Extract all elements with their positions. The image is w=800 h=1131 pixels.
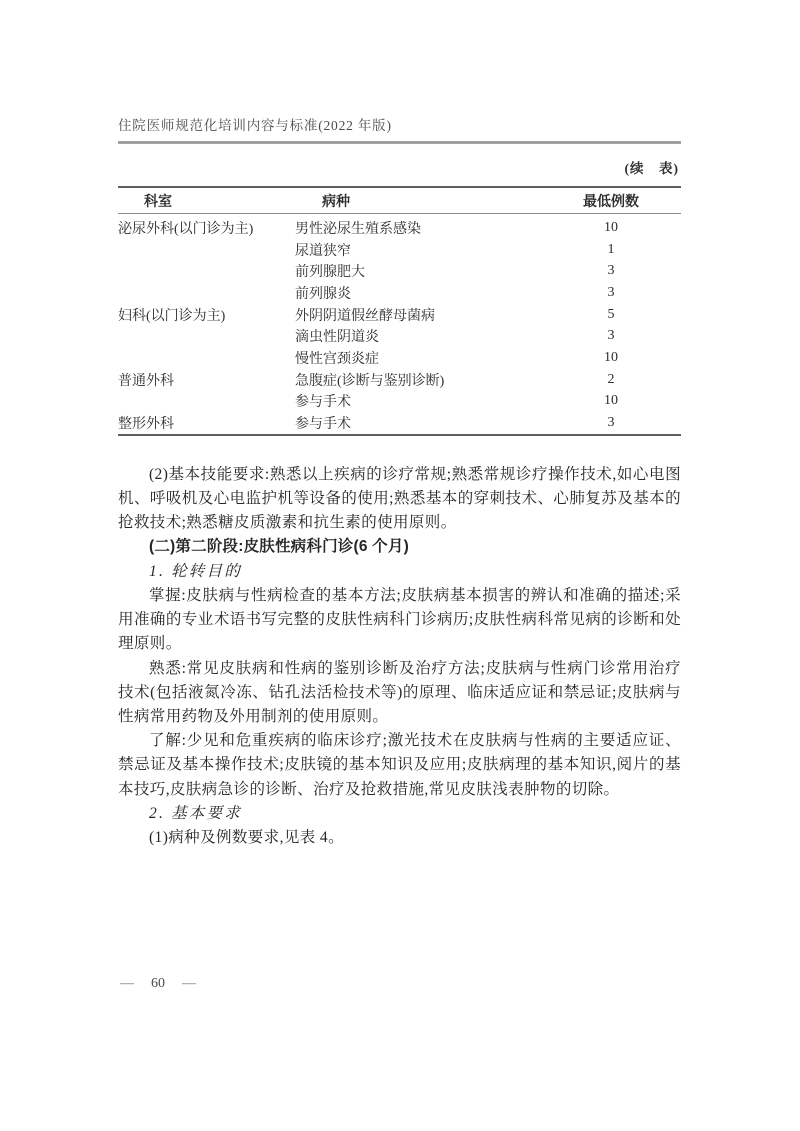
- cell-department: [118, 391, 295, 413]
- subheading-rotation-purpose: 1. 轮转目的: [118, 560, 681, 584]
- table-row: 妇科(以门诊为主) 外阴阴道假丝酵母菌病 5: [118, 304, 681, 326]
- cell-disease: 男性泌尿生殖系感染: [295, 214, 541, 239]
- cell-department: [118, 347, 295, 369]
- cell-min-cases: 3: [541, 325, 681, 347]
- page-footer: — 60 —: [120, 976, 196, 992]
- cell-department: [118, 260, 295, 282]
- cell-department: 普通外科: [118, 369, 295, 391]
- cell-department: 整形外科: [118, 412, 295, 435]
- table-row: 滴虫性阴道炎 3: [118, 325, 681, 347]
- min-cases-table: 科室 病种 最低例数 泌尿外科(以门诊为主) 男性泌尿生殖系感染 10 尿道狭窄…: [118, 186, 681, 436]
- page-content: 住院医师规范化培训内容与标准(2022 年版) (续 表) 科室 病种 最低例数…: [118, 0, 681, 850]
- paragraph-understand: 了解:少见和危重疾病的临床诊疗;激光技术在皮肤病与性病的主要适应证、禁忌证及基本…: [118, 729, 681, 802]
- cell-min-cases: 5: [541, 304, 681, 326]
- paragraph-master: 掌握:皮肤病与性病检查的基本方法;皮肤病基本损害的辨认和准确的描述;采用准确的专…: [118, 584, 681, 657]
- cell-min-cases: 10: [541, 347, 681, 369]
- col-header-disease: 病种: [295, 187, 541, 214]
- cell-min-cases: 3: [541, 282, 681, 304]
- cell-department: 泌尿外科(以门诊为主): [118, 214, 295, 239]
- table-row: 泌尿外科(以门诊为主) 男性泌尿生殖系感染 10: [118, 214, 681, 239]
- heading-stage2-derm-std-outpatient: (二)第二阶段:皮肤性病科门诊(6 个月): [118, 535, 681, 559]
- cell-min-cases: 3: [541, 260, 681, 282]
- cell-disease: 前列腺肥大: [295, 260, 541, 282]
- paragraph-familiar: 熟悉:常见皮肤病和性病的鉴别诊断及治疗方法;皮肤病与性病门诊常用治疗技术(包括液…: [118, 657, 681, 730]
- cell-disease: 尿道狭窄: [295, 239, 541, 261]
- table-row: 慢性宫颈炎症 10: [118, 347, 681, 369]
- subheading-basic-requirements: 2. 基本要求: [118, 802, 681, 826]
- table-row: 尿道狭窄 1: [118, 239, 681, 261]
- table-row: 整形外科 参与手术 3: [118, 412, 681, 435]
- cell-disease: 急腹症(诊断与鉴别诊断): [295, 369, 541, 391]
- cell-disease: 慢性宫颈炎症: [295, 347, 541, 369]
- header-rule: [118, 141, 681, 144]
- paragraph-case-count-requirement: (1)病种及例数要求,见表 4。: [118, 826, 681, 850]
- page-number: 60: [151, 976, 165, 992]
- table-body: 泌尿外科(以门诊为主) 男性泌尿生殖系感染 10 尿道狭窄 1 前列腺肥大 3 …: [118, 214, 681, 435]
- cell-min-cases: 10: [541, 214, 681, 239]
- table-row: 普通外科 急腹症(诊断与鉴别诊断) 2: [118, 369, 681, 391]
- table-row: 前列腺炎 3: [118, 282, 681, 304]
- running-header: 住院医师规范化培训内容与标准(2022 年版): [118, 118, 681, 134]
- cell-disease: 参与手术: [295, 412, 541, 435]
- table-header-row: 科室 病种 最低例数: [118, 187, 681, 214]
- footer-dash-left: —: [120, 976, 134, 992]
- cell-department: 妇科(以门诊为主): [118, 304, 295, 326]
- document-page: { "header": { "title": "住院医师规范化培训内容与标准(2…: [0, 0, 800, 1131]
- body-text: (2)基本技能要求:熟悉以上疾病的诊疗常规;熟悉常规诊疗操作技术,如心电图机、呼…: [118, 463, 681, 850]
- cell-disease: 滴虫性阴道炎: [295, 325, 541, 347]
- cell-min-cases: 2: [541, 369, 681, 391]
- cell-min-cases: 10: [541, 391, 681, 413]
- col-header-department: 科室: [118, 187, 295, 214]
- cell-department: [118, 325, 295, 347]
- paragraph-basic-skills: (2)基本技能要求:熟悉以上疾病的诊疗常规;熟悉常规诊疗操作技术,如心电图机、呼…: [118, 463, 681, 536]
- table-continued-label: (续 表): [118, 157, 681, 177]
- cell-disease: 参与手术: [295, 391, 541, 413]
- table-row: 前列腺肥大 3: [118, 260, 681, 282]
- footer-dash-right: —: [182, 976, 196, 992]
- cell-disease: 前列腺炎: [295, 282, 541, 304]
- col-header-min-cases: 最低例数: [541, 187, 681, 214]
- cell-disease: 外阴阴道假丝酵母菌病: [295, 304, 541, 326]
- cell-min-cases: 1: [541, 239, 681, 261]
- cell-department: [118, 282, 295, 304]
- cell-department: [118, 239, 295, 261]
- cell-min-cases: 3: [541, 412, 681, 435]
- table-row: 参与手术 10: [118, 391, 681, 413]
